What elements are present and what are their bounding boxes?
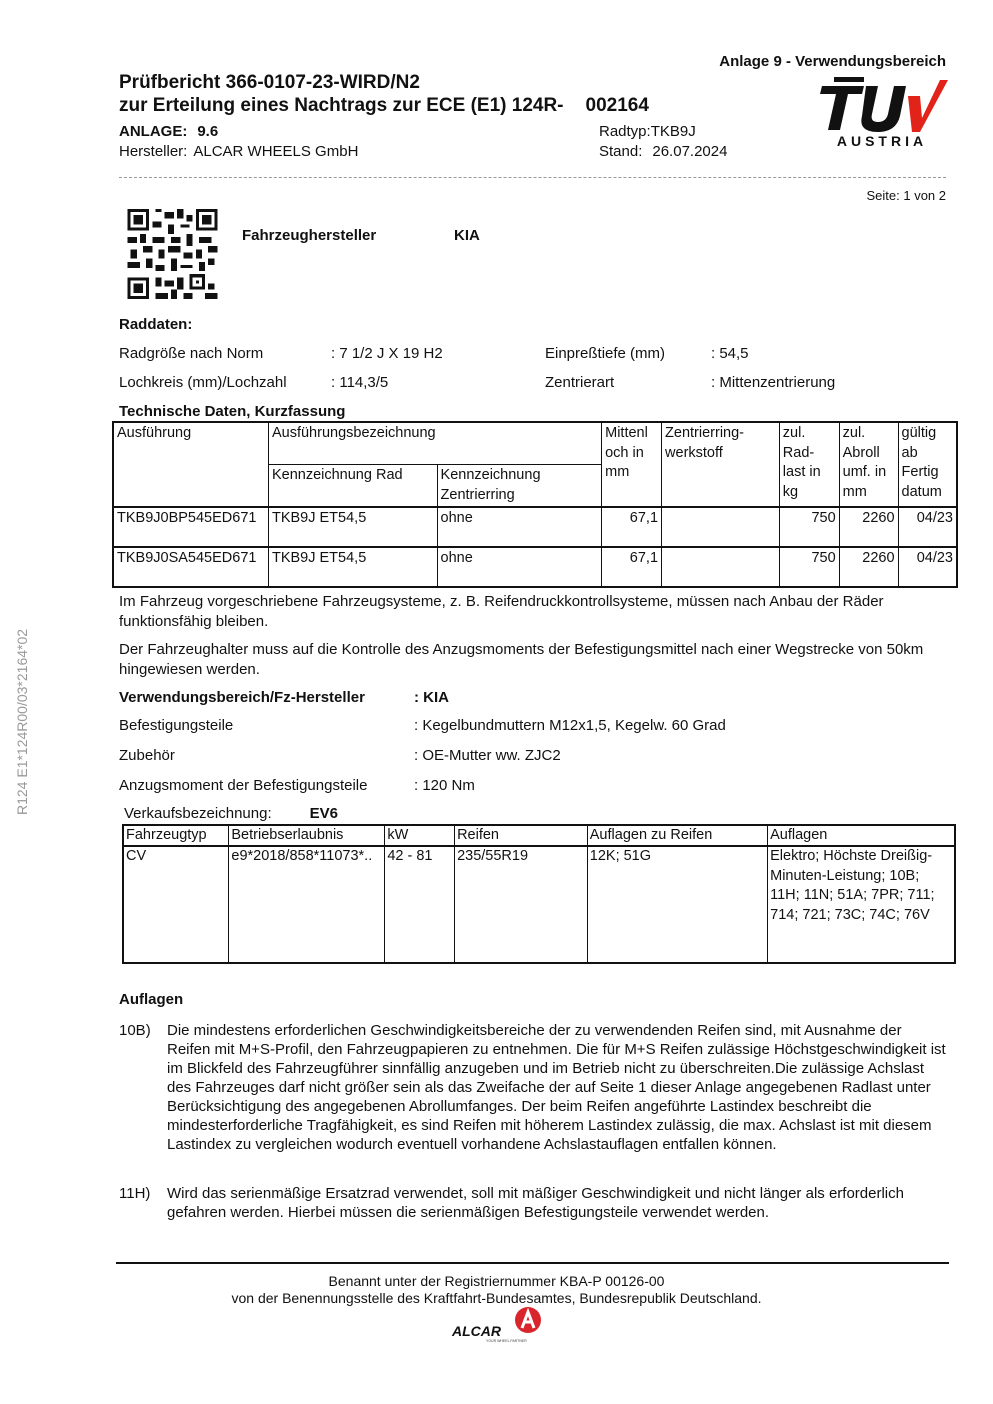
usage-manufacturer-value: : KIA: [414, 689, 449, 706]
svg-text:AUSTRIA: AUSTRIA: [837, 133, 927, 148]
vehicle-table: Fahrzeugtyp Betriebserlaubnis kW Reifen …: [122, 824, 956, 964]
cell-mittenloch: 67,1: [602, 547, 662, 587]
zentrierart-value: : Mittenzentrierung: [711, 374, 835, 391]
verkaufsbezeichnung-label: Verkaufsbezeichnung:: [124, 805, 272, 822]
cell-werkstoff: [662, 507, 780, 547]
vehicle-manufacturer-label: Fahrzeughersteller: [242, 227, 376, 244]
document-code-vertical: R124 E1*124R00/03*2164*02: [14, 629, 30, 815]
stand-value: 26.07.2024: [652, 143, 727, 160]
lochkreis-value: : 114,3/5: [331, 374, 388, 391]
page-number: Seite: 1 von 2: [867, 188, 947, 203]
cell-abroll: 2260: [839, 507, 898, 547]
cell-auflagen-reifen: 12K; 51G: [587, 846, 767, 963]
radtyp-label: Radtyp:: [599, 123, 651, 140]
radgroesse-value: : 7 1/2 J X 19 H2: [331, 345, 443, 362]
header-werkstoff: Zentrierring-werkstoff: [662, 422, 780, 507]
hersteller-label: Hersteller:: [119, 143, 187, 160]
subtitle-text: zur Erteilung eines Nachtrags zur ECE (E…: [119, 95, 564, 116]
einpresstiefe-value: : 54,5: [711, 345, 749, 362]
anlage-value: 9.6: [197, 123, 218, 140]
note-text: Wird das serienmäßige Ersatzrad verwende…: [167, 1184, 949, 1222]
zubehoer-label: Zubehör: [119, 747, 175, 764]
cell-auflagen: Elektro; Höchste Dreißig-Minuten-Leistun…: [768, 846, 955, 963]
zentrierart-label: Zentrierart: [545, 374, 614, 391]
svg-text:YOUR WHEEL PARTNER: YOUR WHEEL PARTNER: [486, 1339, 527, 1343]
anzugsmoment-label: Anzugsmoment der Befestigungsteile: [119, 777, 367, 794]
header-mittenloch: Mittenl och in mm: [602, 422, 662, 507]
cell-radlast: 750: [779, 507, 839, 547]
anlage-section-label: Anlage 9 - Verwendungsbereich: [719, 53, 946, 70]
header-separator: [119, 177, 946, 178]
cell-kw: 42 - 81: [385, 846, 455, 963]
cell-reifen: 235/55R19: [455, 846, 588, 963]
cell-werkstoff: [662, 547, 780, 587]
befestigungsteile-value: : Kegelbundmuttern M12x1,5, Kegelw. 60 G…: [414, 717, 726, 734]
hersteller-value: ALCAR WHEELS GmbH: [193, 143, 358, 160]
footer-separator: [116, 1262, 949, 1264]
stand: Stand:26.07.2024: [599, 143, 727, 160]
cell-gueltig: 04/23: [898, 507, 957, 547]
paragraph-torque-check: Der Fahrzeughalter muss auf die Kontroll…: [119, 640, 949, 679]
header-kennz-zentr: Kennzeichnung Zentrierring: [437, 465, 602, 508]
footer-authority: von der Benennungsstelle des Kraftfahrt-…: [0, 1290, 993, 1306]
vehicle-manufacturer-value: KIA: [454, 227, 480, 244]
qr-code: [127, 209, 218, 299]
cell-kennz-rad: TKB9J ET54,5: [268, 547, 437, 587]
tuv-austria-logo: AUSTRIA: [816, 74, 948, 148]
table-row: TKB9J0SA545ED671 TKB9J ET54,5 ohne 67,1 …: [113, 547, 957, 587]
cell-abroll: 2260: [839, 547, 898, 587]
cell-ausfuehrung: TKB9J0BP545ED671: [113, 507, 268, 547]
cell-betriebserlaubnis: e9*2018/858*11073*..: [229, 846, 385, 963]
anlage: ANLAGE:9.6: [119, 123, 218, 140]
header-bezeichnung: Ausführungsbezeichnung: [268, 422, 601, 465]
lochkreis-label: Lochkreis (mm)/Lochzahl: [119, 374, 287, 391]
radtyp: Radtyp:TKB9J: [599, 123, 696, 140]
anzugsmoment-value: : 120 Nm: [414, 777, 475, 794]
alcar-logo: ALCAR YOUR WHEEL PARTNER: [450, 1306, 546, 1344]
cell-ausfuehrung: TKB9J0SA545ED671: [113, 547, 268, 587]
befestigungsteile-label: Befestigungsteile: [119, 717, 233, 734]
hersteller: Hersteller:ALCAR WHEELS GmbH: [119, 143, 358, 160]
note-text: Die mindestens erforderlichen Geschwindi…: [167, 1021, 949, 1154]
col-fahrzeugtyp: Fahrzeugtyp: [123, 825, 229, 846]
cell-fahrzeugtyp: CV: [123, 846, 229, 963]
cell-radlast: 750: [779, 547, 839, 587]
cell-mittenloch: 67,1: [602, 507, 662, 547]
radgroesse-label: Radgröße nach Norm: [119, 345, 263, 362]
zubehoer-value: : OE-Mutter ww. ZJC2: [414, 747, 561, 764]
report-title: Prüfbericht 366-0107-23-WIRD/N2: [119, 72, 420, 94]
radtyp-value: TKB9J: [651, 123, 696, 140]
header-gueltig: gültig ab Fertig datum: [898, 422, 957, 507]
subtitle-number: 002164: [586, 95, 649, 116]
cell-gueltig: 04/23: [898, 547, 957, 587]
table-row: CV e9*2018/858*11073*.. 42 - 81 235/55R1…: [123, 846, 955, 963]
einpresstiefe-label: Einpreßtiefe (mm): [545, 345, 665, 362]
cell-kennz-zentr: ohne: [437, 547, 602, 587]
footer-registration: Benannt unter der Registriernummer KBA-P…: [0, 1273, 993, 1289]
anlage-label: ANLAGE:: [119, 123, 187, 140]
verkaufsbezeichnung-value: EV6: [310, 805, 338, 822]
paragraph-systems: Im Fahrzeug vorgeschriebene Fahrzeugsyst…: [119, 592, 949, 631]
col-kw: kW: [385, 825, 455, 846]
note-11h: 11H) Wird das serienmäßige Ersatzrad ver…: [119, 1184, 949, 1222]
col-auflagen: Auflagen: [768, 825, 955, 846]
header-radlast: zul. Rad-last in kg: [779, 422, 839, 507]
svg-text:ALCAR: ALCAR: [451, 1323, 502, 1339]
report-subtitle: zur Erteilung eines Nachtrags zur ECE (E…: [119, 95, 649, 117]
col-auflagen-reifen: Auflagen zu Reifen: [587, 825, 767, 846]
usage-manufacturer-label: Verwendungsbereich/Fz-Hersteller: [119, 689, 365, 706]
note-code: 10B): [119, 1021, 167, 1154]
raddaten-title: Raddaten:: [119, 316, 192, 333]
stand-label: Stand:: [599, 143, 642, 160]
header-ausfuehrung: Ausführung: [113, 422, 268, 507]
col-betriebserlaubnis: Betriebserlaubnis: [229, 825, 385, 846]
header-kennz-rad: Kennzeichnung Rad: [268, 465, 437, 508]
cell-kennz-rad: TKB9J ET54,5: [268, 507, 437, 547]
note-code: 11H): [119, 1184, 167, 1222]
table-row: TKB9J0BP545ED671 TKB9J ET54,5 ohne 67,1 …: [113, 507, 957, 547]
header-abroll: zul. Abroll umf. in mm: [839, 422, 898, 507]
auflagen-title: Auflagen: [119, 991, 183, 1008]
cell-kennz-zentr: ohne: [437, 507, 602, 547]
verkaufsbezeichnung: Verkaufsbezeichnung:EV6: [124, 805, 338, 822]
col-reifen: Reifen: [455, 825, 588, 846]
tech-table-title: Technische Daten, Kurzfassung: [119, 403, 345, 420]
tech-data-table: Ausführung Ausführungsbezeichnung Mitten…: [112, 421, 958, 588]
note-10b: 10B) Die mindestens erforderlichen Gesch…: [119, 1021, 949, 1154]
